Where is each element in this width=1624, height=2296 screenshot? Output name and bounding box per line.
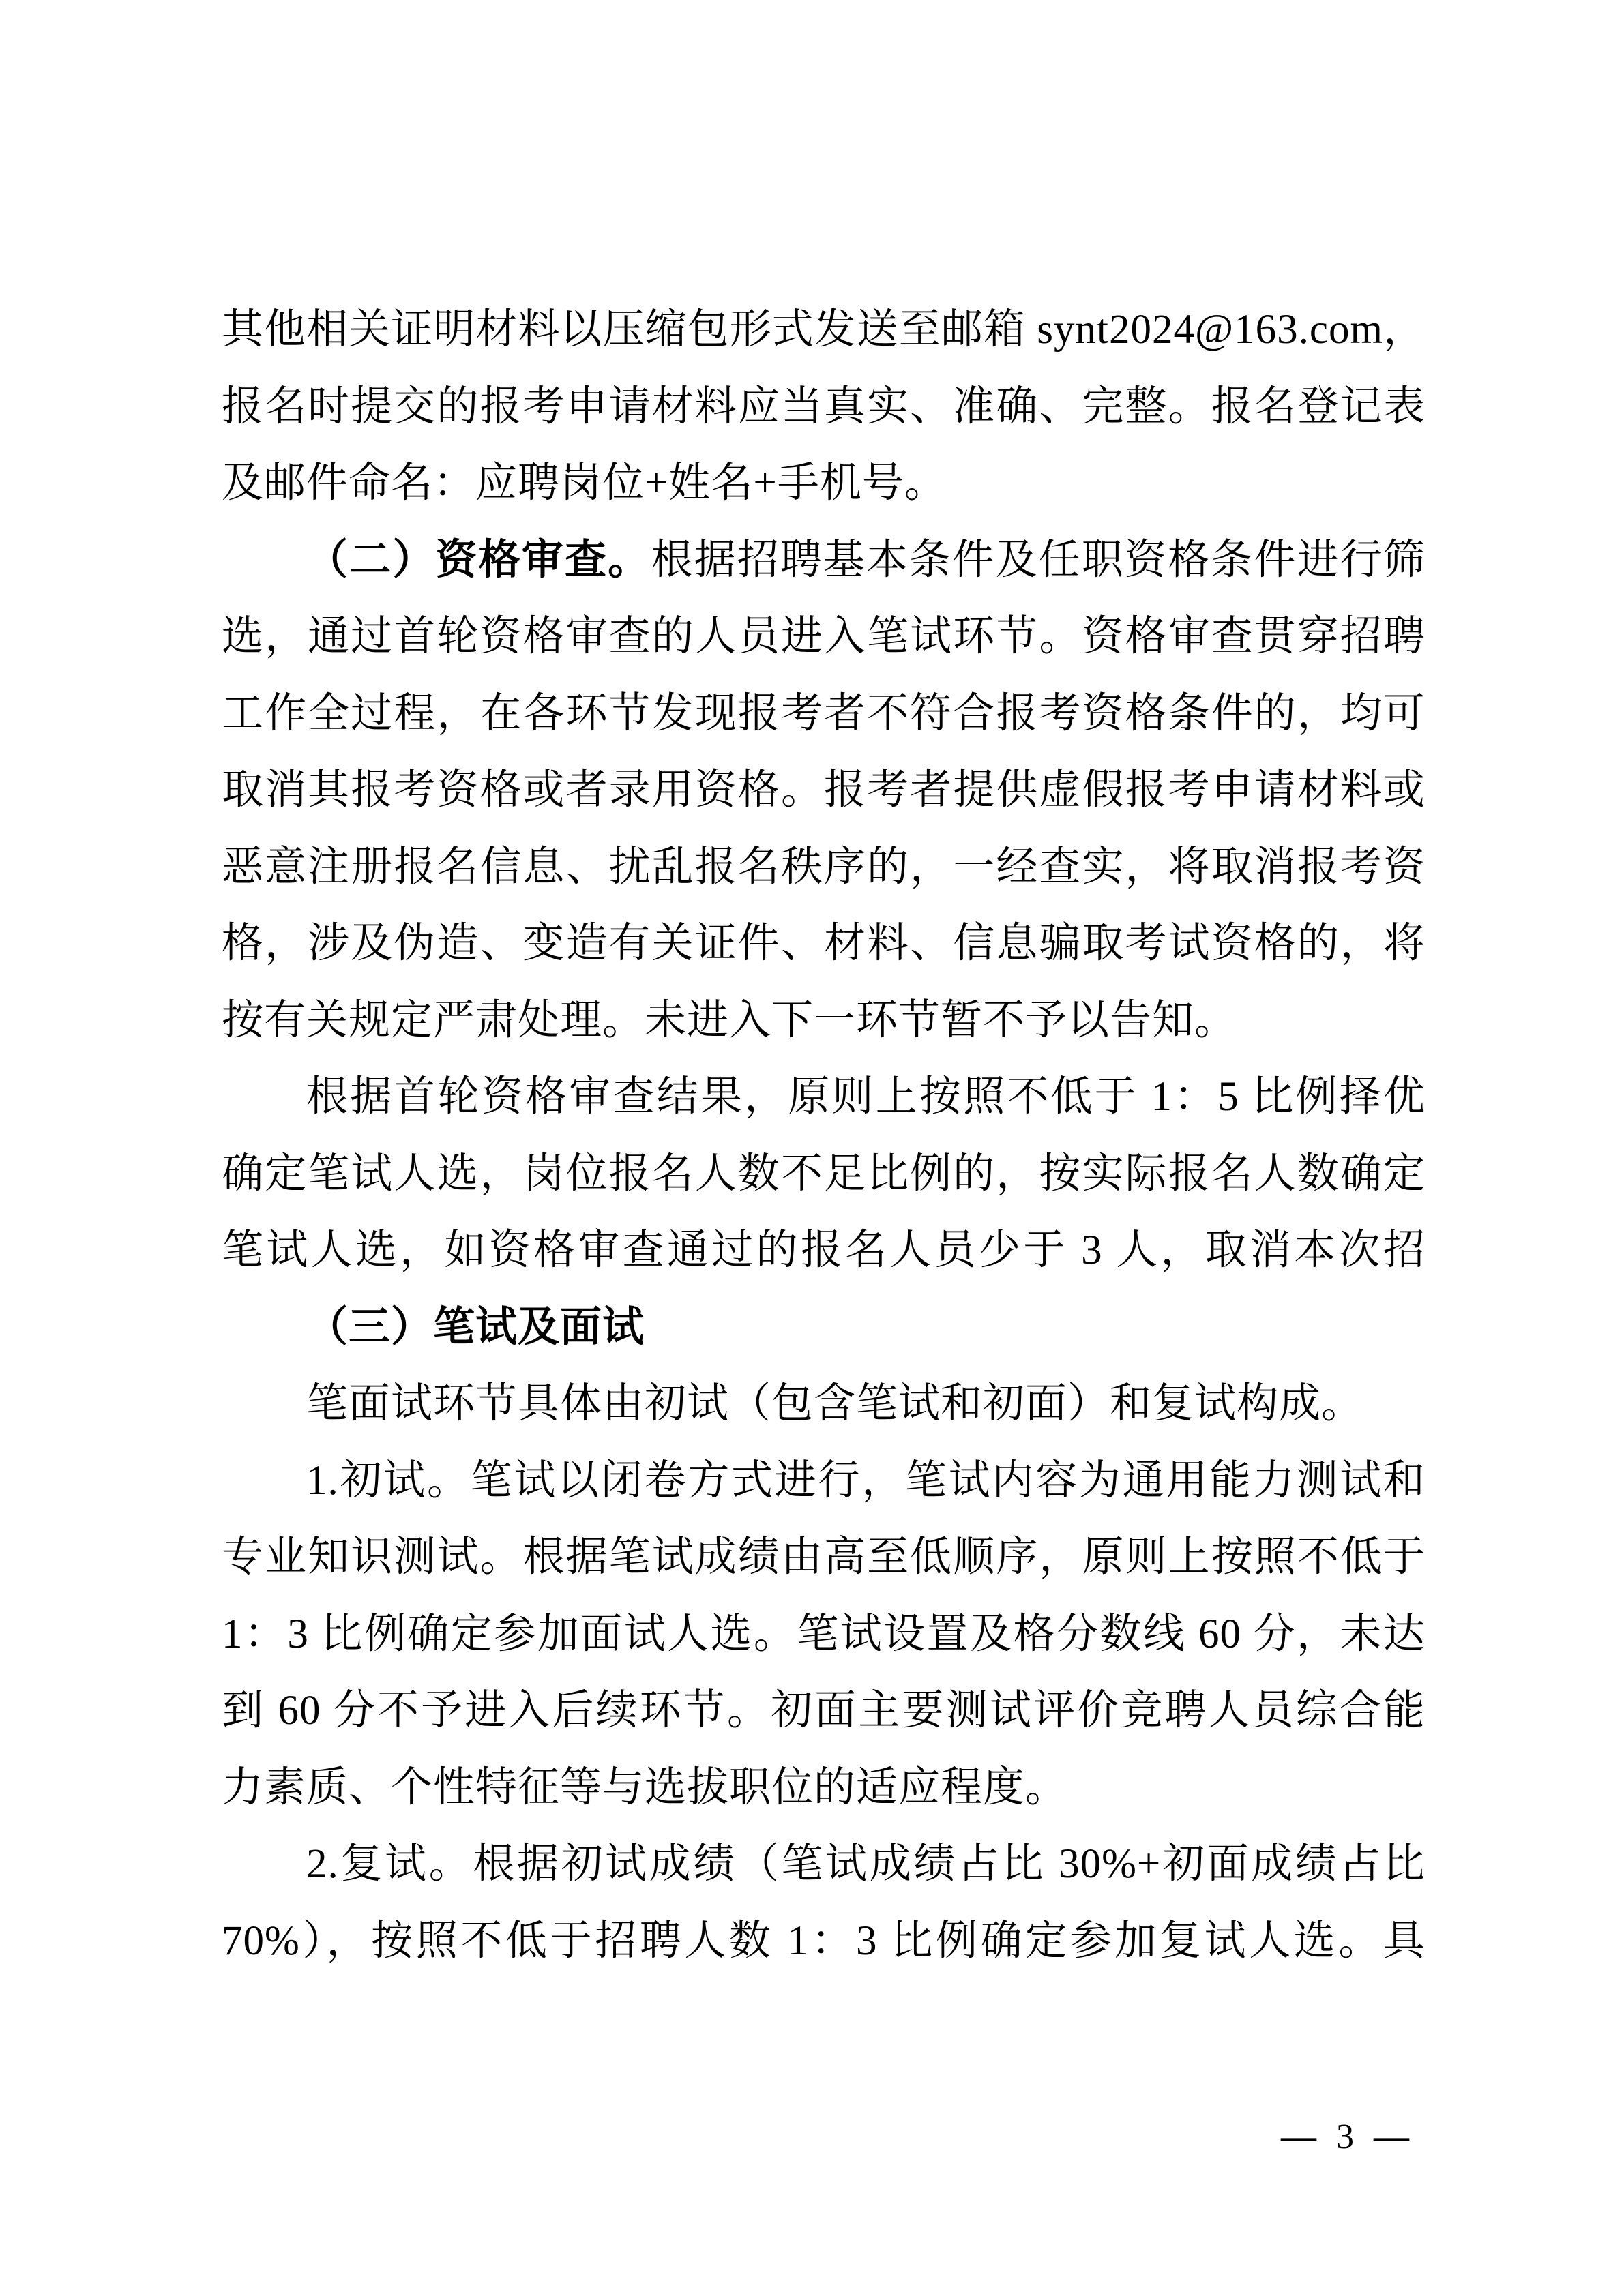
text-line: 1.初试。笔试以闭卷方式进行，笔试内容为通用能力测试和 <box>222 1443 1426 1520</box>
document-body: 其他相关证明材料以压缩包形式发送至邮箱 synt2024@163.com， 报名… <box>222 292 1426 1980</box>
text-line: 恶意注册报名信息、扰乱报名秩序的，一经查实，将取消报考资 <box>222 829 1426 906</box>
text-line: 根据首轮资格审查结果，原则上按照不低于 1：5 比例择优 <box>222 1059 1426 1136</box>
section-heading: （二）资格审查。 <box>306 537 651 583</box>
document-page: 其他相关证明材料以压缩包形式发送至邮箱 synt2024@163.com， 报名… <box>0 0 1624 2296</box>
text-line: 格，涉及伪造、变造有关证件、材料、信息骗取考试资格的，将 <box>222 906 1426 983</box>
text-line: 1：3 比例确定参加面试人选。笔试设置及格分数线 60 分，未达 <box>222 1596 1426 1673</box>
text-line: 力素质、个性特征等与选拔职位的适应程度。 <box>222 1750 1426 1827</box>
page-number: — 3 — <box>1281 2118 1409 2156</box>
text-line: 2.复试。根据初试成绩（笔试成绩占比 30%+初面成绩占比 <box>222 1826 1426 1903</box>
text-run: 根据招聘基本条件及任职资格条件进行筛 <box>651 537 1426 583</box>
text-line: 取消其报考资格或者录用资格。报考者提供虚假报考申请材料或 <box>222 752 1426 829</box>
text-line: 到 60 分不予进入后续环节。初面主要测试评价竞聘人员综合能 <box>222 1673 1426 1750</box>
text-line: 及邮件命名：应聘岗位+姓名+手机号。 <box>222 445 1426 522</box>
text-line: 70%），按照不低于招聘人数 1：3 比例确定参加复试人选。具 <box>222 1903 1426 1980</box>
text-line: 确定笔试人选，岗位报名人数不足比例的，按实际报名人数确定 <box>222 1136 1426 1213</box>
text-line: 按有关规定严肃处理。未进入下一环节暂不予以告知。 <box>222 983 1426 1060</box>
text-line: 笔试人选，如资格审查通过的报名人员少于 3 人，取消本次招聘。 <box>222 1212 1426 1289</box>
text-line: （二）资格审查。根据招聘基本条件及任职资格条件进行筛 <box>222 522 1426 599</box>
text-line: 选，通过首轮资格审查的人员进入笔试环节。资格审查贯穿招聘 <box>222 599 1426 676</box>
text-line: 工作全过程，在各环节发现报考者不符合报考资格条件的，均可 <box>222 676 1426 753</box>
text-line: 报名时提交的报考申请材料应当真实、准确、完整。报名登记表 <box>222 369 1426 446</box>
text-line: 其他相关证明材料以压缩包形式发送至邮箱 synt2024@163.com， <box>222 292 1426 369</box>
text-line: 笔面试环节具体由初试（包含笔试和初面）和复试构成。 <box>222 1366 1426 1443</box>
text-line: 专业知识测试。根据笔试成绩由高至低顺序，原则上按照不低于 <box>222 1519 1426 1596</box>
section-heading: （三）笔试及面试 <box>222 1289 1426 1367</box>
